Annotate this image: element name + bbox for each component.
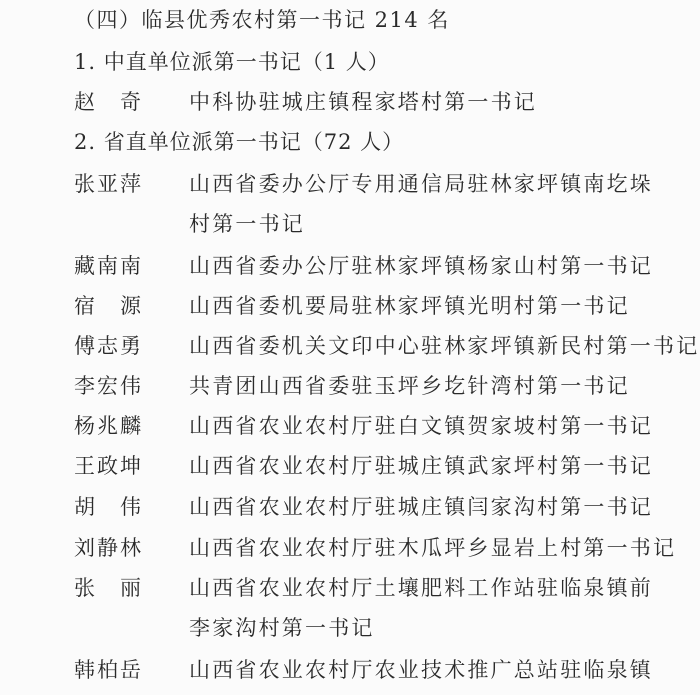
assignment-text: 中科协驻城庄镇程家塔村第一书记 [189,88,537,116]
person-name: 藏南南 [74,252,164,280]
person-name: 张亚萍 [74,170,164,198]
assignment-text: 山西省委办公厅专用通信局驻林家坪镇南圪垛 [189,170,653,198]
person-name: 李宏伟 [74,372,164,400]
person-name: 张 丽 [74,574,164,602]
assignment-text: 山西省委机关文印中心驻林家坪镇新民村第一书记 [189,332,699,360]
assignment-text-continued: 村第一书记 [189,210,305,238]
person-name: 韩柏岳 [74,656,164,684]
assignment-text: 共青团山西省委驻玉坪乡圪针湾村第一书记 [189,372,630,400]
person-name: 王政坤 [74,452,164,480]
assignment-text: 山西省农业农村厅驻木瓜坪乡显岩上村第一书记 [189,534,676,562]
assignment-text: 山西省委机要局驻林家坪镇光明村第一书记 [189,292,630,320]
section-title: （四）临县优秀农村第一书记 214 名 [74,6,450,34]
group-heading-central: 1. 中直单位派第一书记（1 人） [74,48,390,76]
person-name: 宿 源 [74,292,164,320]
person-name: 傅志勇 [74,332,164,360]
assignment-text: 山西省农业农村厅农业技术推广总站驻临泉镇 [189,656,653,684]
assignment-text: 山西省农业农村厅驻城庄镇闫家沟村第一书记 [189,493,653,521]
group-heading-provincial: 2. 省直单位派第一书记（72 人） [74,128,404,156]
assignment-text-continued: 李家沟村第一书记 [189,614,375,642]
person-name: 杨兆麟 [74,412,164,440]
assignment-text: 山西省委办公厅驻林家坪镇杨家山村第一书记 [189,252,653,280]
person-name: 胡 伟 [74,493,164,521]
assignment-text: 山西省农业农村厅驻城庄镇武家坪村第一书记 [189,452,653,480]
document-page: （四）临县优秀农村第一书记 214 名 1. 中直单位派第一书记（1 人） 赵 … [0,0,700,695]
person-name: 赵 奇 [74,88,164,116]
assignment-text: 山西省农业农村厅驻白文镇贺家坡村第一书记 [189,412,653,440]
person-name: 刘静林 [74,534,164,562]
assignment-text: 山西省农业农村厅土壤肥料工作站驻临泉镇前 [189,574,653,602]
